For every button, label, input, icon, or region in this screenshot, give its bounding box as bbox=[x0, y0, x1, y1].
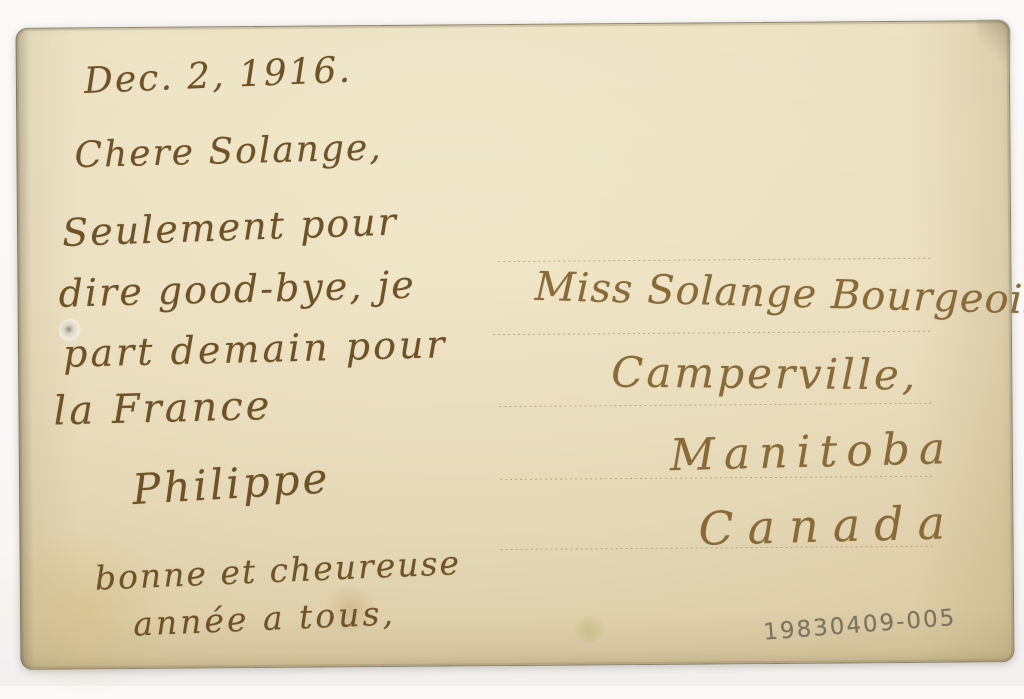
postcard: Dec. 2, 1916. Chere Solange, Seulement p… bbox=[15, 20, 1014, 670]
message-postscript-line: bonne et cheureuse bbox=[94, 543, 462, 598]
address-ruled-line bbox=[499, 403, 931, 408]
message-body-line: la France bbox=[53, 383, 273, 435]
address-town: Camperville, bbox=[611, 348, 919, 400]
address-ruled-line bbox=[493, 331, 931, 336]
message-body-line: dire good-bye, je bbox=[58, 263, 416, 316]
address-province: Manitoba bbox=[669, 423, 954, 481]
message-signature: Philippe bbox=[131, 453, 332, 514]
message-body-line: Seulement pour bbox=[61, 200, 398, 255]
message-body-line: part demain pour bbox=[63, 322, 449, 376]
address-ruled-line bbox=[498, 258, 930, 263]
address-recipient-name: Miss Solange Bourgeois bbox=[534, 264, 1024, 324]
scanner-background: Dec. 2, 1916. Chere Solange, Seulement p… bbox=[0, 0, 1024, 686]
catalog-number: 19830409-005 bbox=[762, 605, 957, 646]
message-date: Dec. 2, 1916. bbox=[83, 50, 353, 102]
ink-smudge bbox=[569, 616, 609, 642]
message-postscript-line: année a tous, bbox=[132, 593, 396, 643]
address-country: Canada bbox=[698, 495, 960, 556]
message-salutation: Chere Solange, bbox=[74, 127, 383, 176]
worn-corner bbox=[976, 19, 1010, 67]
